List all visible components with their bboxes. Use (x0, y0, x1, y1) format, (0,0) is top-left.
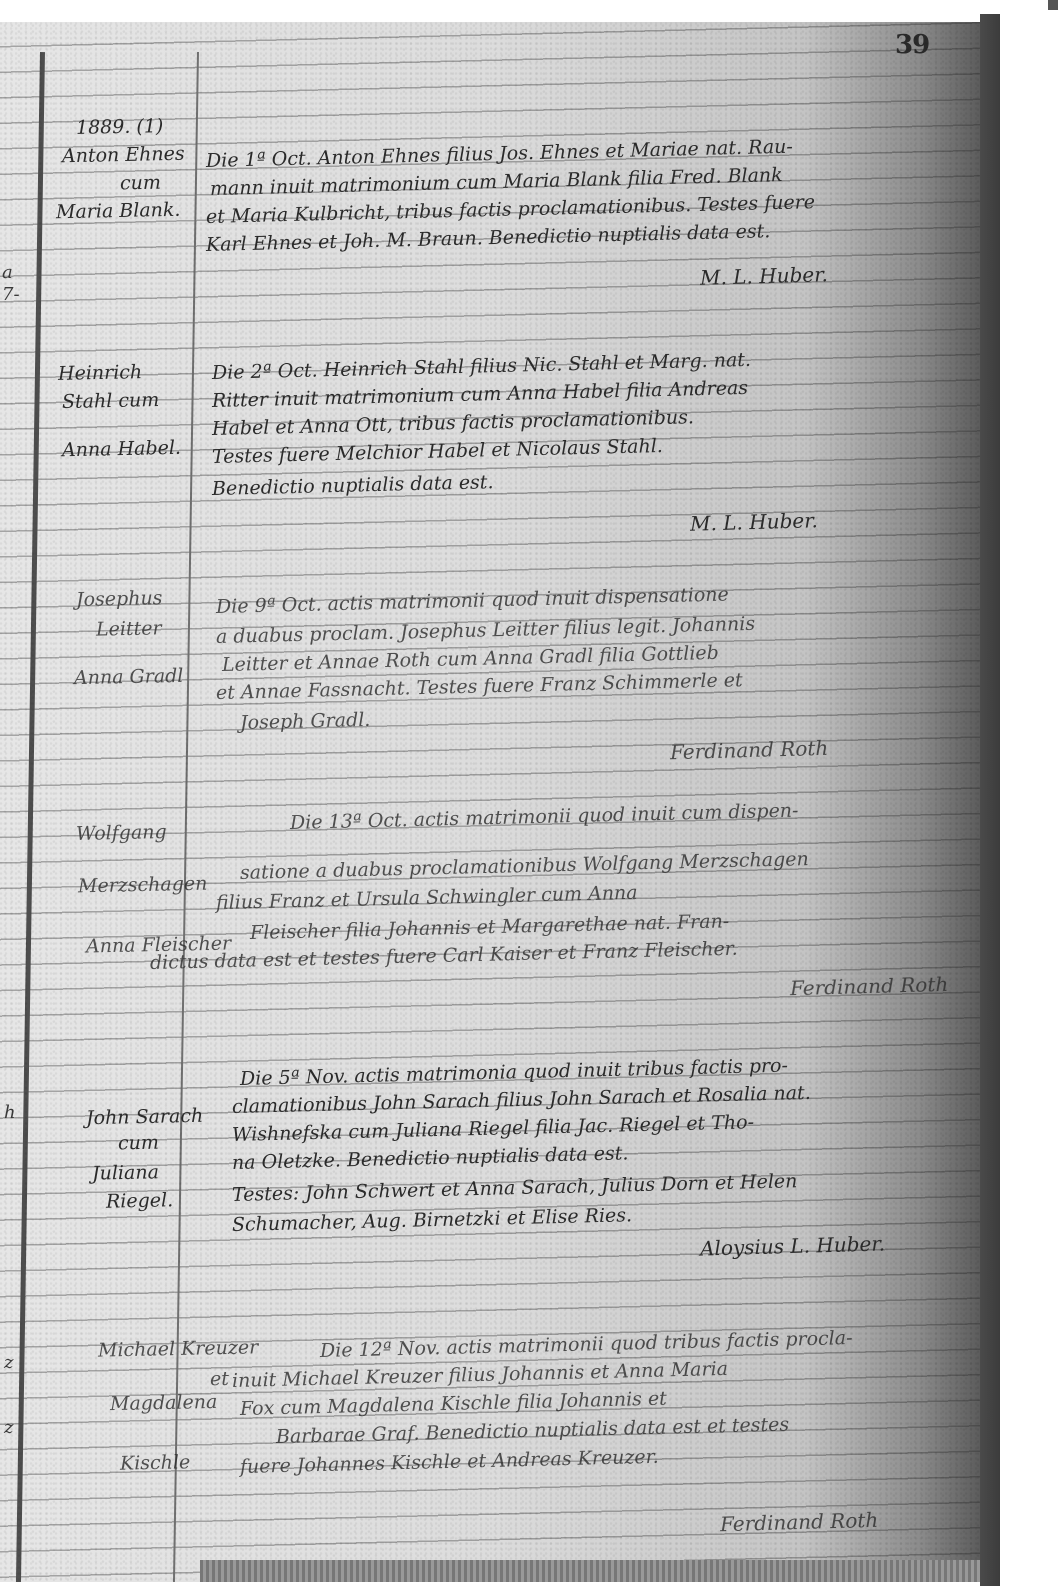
entry-text-line: satione a duabus proclamationibus Wolfga… (240, 848, 809, 884)
left-page-fragment: z (4, 1417, 13, 1438)
bride-surname: Riegel. (106, 1189, 174, 1212)
entry-text-line: Fox cum Magdalena Kischle filia Johannis… (240, 1388, 667, 1420)
entry-text-line: Testes: John Schwert et Anna Sarach, Jul… (232, 1170, 798, 1206)
groom-name: Josephus (76, 587, 163, 611)
entry-text-line: Die 13ª Oct. actis matrimonii quod inuit… (290, 800, 799, 834)
cum-label: cum (120, 172, 161, 195)
priest-signature: Ferdinand Roth (720, 1508, 879, 1536)
page-number: 39 (895, 30, 929, 60)
left-page-fragment: z (4, 1352, 13, 1373)
entry-text-line: Habel et Anna Ott, tribus factis proclam… (212, 406, 694, 440)
entry-text-line: Die 12ª Nov. actis matrimonii quod tribu… (320, 1327, 853, 1362)
entry-text-line: Benedictio nuptialis data est. (212, 471, 494, 500)
groom-name: Anton Ehnes (62, 143, 185, 168)
scan-corner-mark (1048, 0, 1058, 10)
cum-label: cum (118, 1132, 159, 1155)
groom-name: Heinrich (58, 361, 143, 385)
bride-name: Anna Gradl (74, 665, 184, 689)
priest-signature: Ferdinand Roth (790, 972, 949, 1000)
left-page-fragment: h (4, 1102, 16, 1123)
bride-name: Maria Blank. (56, 199, 181, 224)
et-label: et (210, 1368, 229, 1390)
groom-surname: Merzschagen (78, 873, 208, 898)
bride-name: Juliana (92, 1161, 159, 1184)
page-bottom-edge (200, 1560, 980, 1582)
entry-text-line: Joseph Gradl. (240, 709, 371, 734)
priest-signature: Ferdinand Roth (670, 736, 829, 764)
entry-text-line: et Annae Fassnacht. Testes fuere Franz S… (216, 669, 743, 704)
entry-text-line: Schumacher, Aug. Birnetzki et Elise Ries… (232, 1204, 633, 1236)
groom-name: John Sarach (86, 1105, 204, 1129)
left-page-fragment: a (2, 262, 13, 283)
entry-text-line: filius Franz et Ursula Schwingler cum An… (216, 882, 638, 914)
left-page-fragment: 7- (2, 284, 20, 305)
year-heading: 1889. (1) (76, 115, 164, 139)
priest-signature: Aloysius L. Huber. (700, 1231, 886, 1260)
bride-surname: Kischle (120, 1451, 191, 1474)
bride-name: Magdalena (110, 1391, 218, 1415)
book-spine-shadow (980, 14, 1000, 1586)
entry-text-line: Die 9ª Oct. actis matrimonii quod inuit … (216, 583, 729, 618)
groom-name: Wolfgang (76, 821, 167, 845)
entry-text-line: dictus data est et testes fuere Carl Kai… (150, 938, 738, 974)
groom-name-cont: Stahl cum (62, 389, 160, 413)
entry-text-line: Wishnefska cum Juliana Riegel filia Jac.… (232, 1111, 755, 1146)
register-page: 39 a 7- h z z 1889. (1) Anton Ehnes cum … (0, 22, 980, 1582)
entry-text-line: na Oletzke. Benedictio nuptialis data es… (232, 1142, 629, 1174)
priest-signature: M. L. Huber. (690, 508, 818, 536)
groom-name: Michael Kreuzer (98, 1336, 259, 1361)
entry-text-line: Testes fuere Melchior Habel et Nicolaus … (212, 435, 663, 468)
groom-name-cont: Leitter (96, 617, 162, 640)
entry-text-line: fuere Johannes Kischle et Andreas Kreuze… (240, 1446, 659, 1478)
entry-text-line: Barbarae Graf. Benedictio nuptialis data… (276, 1413, 790, 1448)
priest-signature: M. L. Huber. (700, 262, 828, 290)
bride-name: Anna Habel. (62, 437, 181, 461)
left-margin-rule (16, 52, 45, 1582)
